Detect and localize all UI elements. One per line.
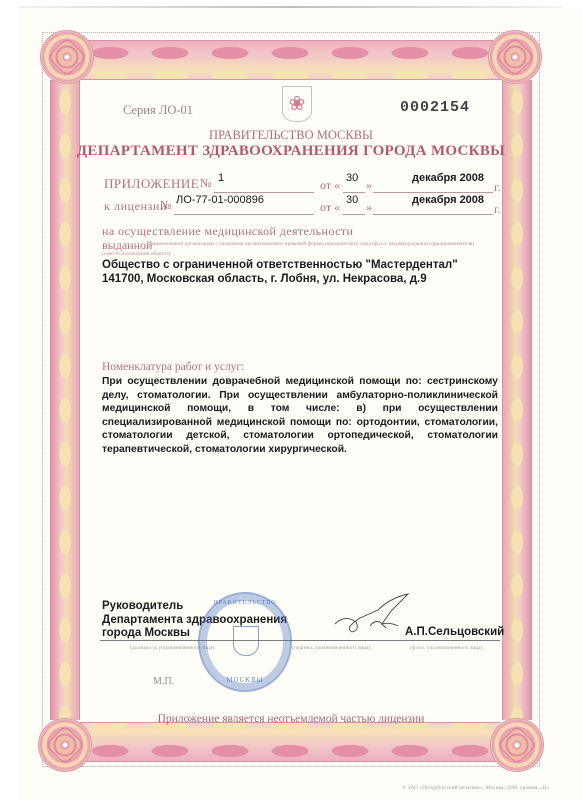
appendix-number-sign: № — [200, 176, 211, 191]
coat-of-arms-icon: ❀ — [282, 86, 312, 122]
department-title: ДЕПАРТАМЕНТ ЗДРАВООХРАНЕНИЯ ГОРОДА МОСКВ… — [0, 143, 582, 160]
activity-type: на осуществление медицинской деятельност… — [102, 224, 353, 239]
appendix-number: 1 — [218, 172, 224, 184]
license-number: ЛО-77-01-000896 — [176, 194, 264, 206]
seal-label: М.П. — [153, 676, 174, 687]
appendix-number-line — [214, 178, 314, 193]
appendix-from-close: » — [366, 178, 372, 193]
stamp-shield-icon — [233, 626, 259, 656]
series-label: Серия ЛО-01 — [123, 103, 193, 118]
nomenclature-title: Номенклатура работ и услуг: — [102, 361, 244, 373]
license-from-label: от « — [320, 200, 340, 215]
printer-imprint: © ЗАО «Петербургский печатник», Москва, … — [402, 785, 549, 791]
document-content: Серия ЛО-01 ❀ 0002154 ПРАВИТЕЛЬСТВО МОСК… — [0, 0, 582, 800]
license-label: к лицензии — [104, 199, 167, 214]
nomenclature-text: При осуществлении доврачебной медицинско… — [102, 375, 498, 457]
appendix-day: 30 — [346, 172, 358, 184]
footer-note: Приложение является неотъемлемой частью … — [0, 713, 582, 725]
caption-name: (ф.и.о. уполномоченного лица) — [410, 645, 482, 651]
appendix-from-label: от « — [320, 178, 340, 193]
issued-caption: (наименование организации с указанием ор… — [148, 241, 474, 247]
appendix-month-year: декабря 2008 — [412, 172, 484, 184]
license-year-suffix: г. — [494, 202, 501, 217]
handwritten-signature-icon — [330, 592, 430, 637]
stamp-bottom-text: МОСКВЫ — [200, 676, 290, 684]
caption-signature: (подпись уполномоченного лица) — [292, 645, 370, 651]
official-stamp: ПРАВИТЕЛЬСТВО МОСКВЫ — [198, 592, 292, 692]
license-month-year: декабря 2008 — [412, 194, 484, 206]
organization-name: Общество с ограниченной ответственностью… — [102, 258, 458, 272]
government-title: ПРАВИТЕЛЬСТВО МОСКВЫ — [0, 128, 582, 143]
appendix-label: ПРИЛОЖЕНИЕ — [104, 176, 199, 192]
license-from-close: » — [366, 200, 372, 215]
issued-caption-2: и место нахождения объекта) — [102, 251, 171, 257]
license-number-sign: № — [160, 198, 171, 213]
license-day: 30 — [346, 194, 358, 206]
appendix-year-suffix: г. — [494, 180, 501, 195]
organization-address: 141700, Московская область, г. Лобня, ул… — [102, 272, 458, 286]
organization-block: Общество с ограниченной ответственностью… — [102, 258, 458, 286]
serial-number: 0002154 — [400, 99, 470, 116]
stamp-top-text: ПРАВИТЕЛЬСТВО — [200, 600, 290, 606]
signature-line — [100, 640, 500, 641]
